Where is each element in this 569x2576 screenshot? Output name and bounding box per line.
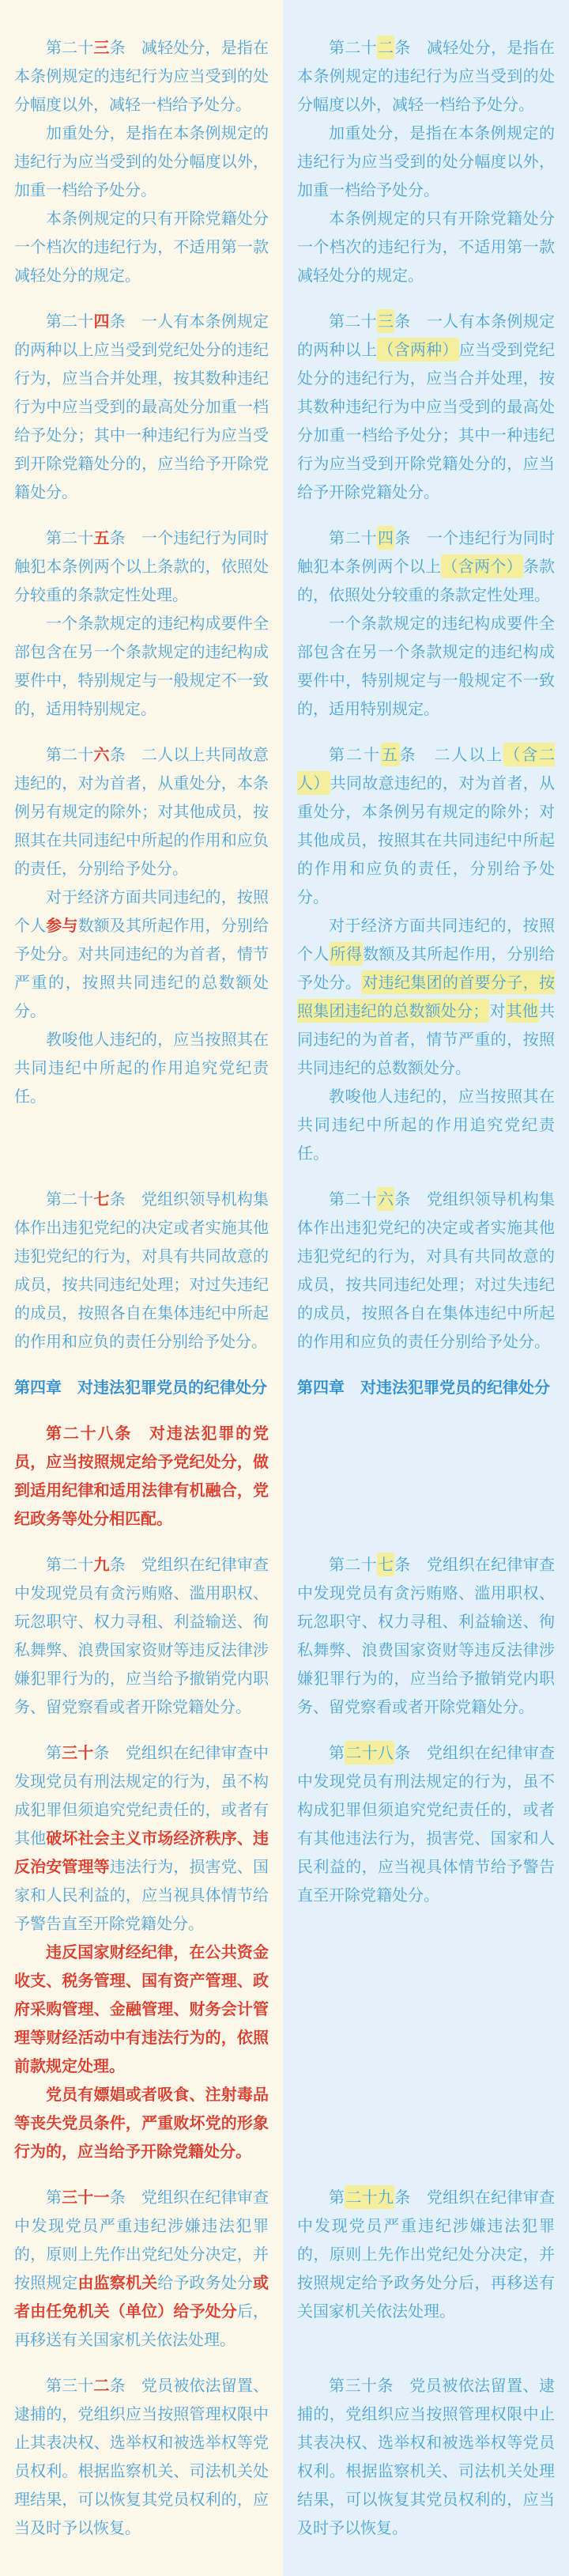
article-paragraph: 本条例规定的只有开除党籍处分一个档次的违纪行为，不适用第一款减轻处分的规定。 [297, 204, 555, 289]
text-run: 条 [110, 745, 126, 764]
text-run: 教唆他人违纪的，应当按照其在共同违纪中所起的作用追究党纪责任。 [14, 1030, 269, 1106]
text-run: 第三十 [46, 2376, 93, 2395]
text-run: 加重处分，是指在本条例规定的违纪行为应当受到的处分幅度以外，加重一档给予处分。 [14, 123, 269, 199]
article-paragraph: 第二十四条 一个违纪行为同时触犯本条例两个以上（含两个）条款的，依照处分较重的条… [297, 524, 555, 609]
text-run: 条 [394, 1555, 410, 1574]
text-run: 给予政务处分 [157, 2273, 253, 2292]
text-run: 第二十 [46, 312, 93, 331]
text-run: 二人以上 [417, 745, 504, 764]
changed-text-run: 三十 [62, 1743, 93, 1762]
old-version-cell: 第二十七条 党组织领导机构集体作出违犯党纪的决定或者实施其他违犯党纪的行为，对具… [0, 1185, 283, 1356]
text-run: 本条例规定的只有开除党籍处分一个档次的违纪行为，不适用第一款减轻处分的规定。 [14, 209, 269, 285]
new-version-cell: 第二十七条 党组织在纪律审查中发现党员有贪污贿赂、滥用职权、玩忽职守、权力寻租、… [283, 1550, 569, 1721]
article-paragraph: 第二十二条 减轻处分，是指在本条例规定的违纪行为应当受到的处分幅度以外，减轻一档… [297, 33, 555, 119]
article-paragraph: 一个条款规定的违纪构成要件全部包含在另一个条款规定的违纪构成要件中，特别规定与一… [14, 609, 269, 723]
article-paragraph: 第二十七条 党组织领导机构集体作出违犯党纪的决定或者实施其他违犯党纪的行为，对具… [14, 1185, 269, 1356]
new-version-cell: 第二十六条 党组织领导机构集体作出违犯党纪的决定或者实施其他违犯党纪的行为，对具… [283, 1185, 569, 1356]
chapter-heading: 第四章 对违法犯罪党员的纪律处分 [297, 1373, 555, 1401]
article-paragraph: 第二十三条 一人有本条例规定的两种以上（含两种）应当受到党纪处分的违纪行为，应当… [297, 307, 555, 506]
new-version-cell: 第二十五条 二人以上（含二人）共同故意违纪的，对为首者，从重处分，本条例另有规定… [283, 740, 569, 1167]
article-paragraph: 加重处分，是指在本条例规定的违纪行为应当受到的处分幅度以外，加重一档给予处分。 [14, 119, 269, 204]
text-run: 条 [110, 38, 126, 57]
highlighted-text-run: 二十九 [345, 2185, 394, 2209]
article-paragraph: 教唆他人违纪的，应当按照其在共同违纪中所起的作用追究党纪责任。 [297, 1082, 555, 1167]
article-paragraph: 教唆他人违纪的，应当按照其在共同违纪中所起的作用追究党纪责任。 [14, 1025, 269, 1110]
text-run: 党组织领导机构集体作出违犯党纪的决定或者实施其他违犯党纪的行为，对具有共同故意的… [297, 1190, 555, 1351]
text-run: 第四章 对违法犯罪党员的纪律处分 [297, 1378, 550, 1397]
article-paragraph: 一个条款规定的违纪构成要件全部包含在另一个条款规定的违纪构成要件中，特别规定与一… [297, 609, 555, 723]
old-version-cell: 第二十三条 减轻处分，是指在本条例规定的违纪行为应当受到的处分幅度以外，减轻一档… [0, 33, 283, 289]
article-paragraph: 第二十五条 二人以上（含二人）共同故意违纪的，对为首者，从重处分，本条例另有规定… [297, 740, 555, 911]
text-run: 第二十 [329, 38, 377, 57]
text-run: 教唆他人违纪的，应当按照其在共同违纪中所起的作用追究党纪责任。 [297, 1087, 555, 1163]
text-run: 条 [110, 1190, 126, 1209]
text-run: 条 [394, 1190, 410, 1209]
article-paragraph: 第三十条 党组织在纪律审查中发现党员有刑法规定的行为，虽不构成犯罪但须追究党纪责… [14, 1738, 269, 1938]
text-run: 第二十 [46, 1555, 93, 1574]
text-run: 条 [110, 1555, 126, 1574]
highlighted-text-run: 三 [377, 309, 394, 333]
text-run: 条 [394, 1743, 410, 1762]
article-paragraph: 第二十六条 二人以上共同故意违纪的，对为首者，从重处分，本条例另有规定的除外；对… [14, 740, 269, 883]
article-paragraph: 第二十五条 一个违纪行为同时触犯本条例两个以上条款的，依照处分较重的条款定性处理… [14, 524, 269, 609]
text-run: 条 [110, 2188, 126, 2207]
changed-text-run: 参与 [46, 916, 77, 935]
article-paragraph: 第二十九条 党组织在纪律审查中发现党员严重违纪涉嫌违法犯罪的，原则上先作出党纪处… [297, 2183, 555, 2325]
text-run: 第 [329, 1743, 345, 1762]
article-paragraph: 违反国家财经纪律，在公共资金收支、税务管理、国有资产管理、政府采购管理、金融管理… [14, 1938, 269, 2080]
article-paragraph: 第二十八条 对违法犯罪的党员，应当按照规定给予党纪处分，做到适用纪律和适用法律有… [14, 1419, 269, 1533]
text-run: 条 [93, 1743, 109, 1762]
article-paragraph: 加重处分，是指在本条例规定的违纪行为应当受到的处分幅度以外，加重一档给予处分。 [297, 119, 555, 204]
highlighted-text-run: 七 [377, 1553, 394, 1576]
highlighted-text-run: 二 [377, 36, 394, 59]
text-run: 本条例规定的只有开除党籍处分一个档次的违纪行为，不适用第一款减轻处分的规定。 [297, 209, 555, 285]
text-run: 条 [110, 528, 126, 547]
article-paragraph: 本条例规定的只有开除党籍处分一个档次的违纪行为，不适用第一款减轻处分的规定。 [14, 204, 269, 289]
text-run: 第二十 [329, 1555, 377, 1574]
article-paragraph: 第二十三条 减轻处分，是指在本条例规定的违纪行为应当受到的处分幅度以外，减轻一档… [14, 33, 269, 119]
text-run: 第二十 [46, 528, 93, 547]
text-run: 条 [394, 528, 410, 547]
text-run: 一个条款规定的违纪构成要件全部包含在另一个条款规定的违纪构成要件中，特别规定与一… [14, 614, 269, 718]
comparison-grid: 第二十三条 减轻处分，是指在本条例规定的违纪行为应当受到的处分幅度以外，减轻一档… [0, 0, 569, 2542]
changed-text-run: 六 [93, 745, 109, 764]
new-version-cell [283, 1419, 569, 1533]
article-paragraph: 第二十八条 党组织在纪律审查中发现党员有刑法规定的行为，虽不构成犯罪但须追究党纪… [297, 1738, 555, 1909]
highlighted-text-run: 所得 [330, 942, 364, 966]
old-version-cell: 第二十四条 一人有本条例规定的两种以上应当受到党纪处分的违纪行为，应当合并处理，… [0, 307, 283, 506]
changed-text-run: 第二十八条 对违法犯罪的党员，应当按照规定给予党纪处分，做到适用纪律和适用法律有… [14, 1424, 269, 1528]
changed-text-run: 由监察机关 [78, 2273, 158, 2292]
text-run: 党员被依法留置、逮捕的，党组织应当按照管理权限中止其表决权、选举权和被选举权等党… [14, 2376, 269, 2537]
text-run: 第二十 [46, 745, 93, 764]
new-version-cell: 第二十三条 一人有本条例规定的两种以上（含两种）应当受到党纪处分的违纪行为，应当… [283, 307, 569, 506]
article-paragraph: 第二十七条 党组织在纪律审查中发现党员有贪污贿赂、滥用职权、玩忽职守、权力寻租、… [297, 1550, 555, 1721]
text-run: 条 [400, 745, 417, 764]
new-version-cell: 第二十二条 减轻处分，是指在本条例规定的违纪行为应当受到的处分幅度以外，减轻一档… [283, 33, 569, 289]
article-paragraph: 第三十二条 党员被依法留置、逮捕的，党组织应当按照管理权限中止其表决权、选举权和… [14, 2371, 269, 2542]
changed-text-run: 党员有嫖娼或者吸食、注射毒品等丧失党员条件，严重败坏党的形象行为的，应当给予开除… [14, 2085, 269, 2161]
changed-text-run: 二 [93, 2376, 109, 2395]
old-version-cell: 第二十九条 党组织在纪律审查中发现党员有贪污贿赂、滥用职权、玩忽职守、权力寻租、… [0, 1550, 283, 1721]
new-version-cell: 第四章 对违法犯罪党员的纪律处分 [283, 1373, 569, 1401]
text-run: 第二十 [46, 38, 93, 57]
changed-text-run: 三 [93, 38, 109, 57]
article-paragraph: 第二十六条 党组织领导机构集体作出违犯党纪的决定或者实施其他违犯党纪的行为，对具… [297, 1185, 555, 1356]
text-run: 第二十 [329, 312, 377, 331]
chapter-heading: 第四章 对违法犯罪党员的纪律处分 [14, 1373, 269, 1401]
changed-text-run: 四 [93, 312, 109, 331]
changed-text-run: 七 [93, 1190, 109, 1209]
highlighted-text-run: 其他 [506, 999, 539, 1023]
comparison-document: 第二十三条 减轻处分，是指在本条例规定的违纪行为应当受到的处分幅度以外，减轻一档… [0, 0, 569, 2576]
article-paragraph: 对于经济方面共同违纪的，按照个人参与数额及其所起作用，分别给予处分。对共同违纪的… [14, 883, 269, 1025]
changed-text-run: 三十一 [62, 2188, 109, 2207]
old-version-cell: 第二十八条 对违法犯罪的党员，应当按照规定给予党纪处分，做到适用纪律和适用法律有… [0, 1419, 283, 1533]
text-run: 党组织在纪律审查中发现党员严重违纪涉嫌违法犯罪的，原则上先作出党纪处分决定，并按… [297, 2188, 555, 2321]
article-paragraph: 对于经济方面共同违纪的，按照个人所得数额及其所起作用，分别给予处分。对违纪集团的… [297, 911, 555, 1082]
highlighted-text-run: （含两个） [441, 554, 522, 578]
new-version-cell: 第二十九条 党组织在纪律审查中发现党员严重违纪涉嫌违法犯罪的，原则上先作出党纪处… [283, 2183, 569, 2354]
highlighted-text-run: 四 [377, 526, 394, 550]
old-version-cell: 第二十五条 一个违纪行为同时触犯本条例两个以上条款的，依照处分较重的条款定性处理… [0, 524, 283, 723]
text-run: 第二十 [46, 1190, 93, 1209]
text-run: 条 [394, 312, 410, 331]
highlighted-text-run: 六 [377, 1187, 394, 1211]
changed-text-run: 五 [93, 528, 109, 547]
text-run: 一人有本条例规定的两种以上应当受到党纪处分的违纪行为，应当合并处理，按其数种违纪… [14, 312, 269, 501]
text-run: 条 [110, 2376, 126, 2395]
text-run: 一个条款规定的违纪构成要件全部包含在另一个条款规定的违纪构成要件中，特别规定与一… [297, 614, 555, 718]
old-version-cell: 第四章 对违法犯罪党员的纪律处分 [0, 1373, 283, 1401]
highlighted-text-run: （含两种） [377, 338, 458, 361]
article-paragraph: 第三十一条 党组织在纪律审查中发现党员严重违纪涉嫌违法犯罪的，原则上先作出党纪处… [14, 2183, 269, 2354]
new-version-cell: 第三十条 党员被依法留置、逮捕的，党组织应当按照管理权限中止其表决权、选举权和被… [283, 2371, 569, 2542]
article-paragraph: 党员有嫖娼或者吸食、注射毒品等丧失党员条件，严重败坏党的形象行为的，应当给予开除… [14, 2080, 269, 2166]
old-version-cell: 第二十六条 二人以上共同故意违纪的，对为首者，从重处分，本条例另有规定的除外；对… [0, 740, 283, 1167]
highlighted-text-run: 二十八 [345, 1741, 394, 1765]
old-version-cell: 第三十条 党组织在纪律审查中发现党员有刑法规定的行为，虽不构成犯罪但须追究党纪责… [0, 1738, 283, 2166]
changed-text-run: 违反国家财经纪律，在公共资金收支、税务管理、国有资产管理、政府采购管理、金融管理… [14, 1942, 269, 2075]
text-run: 第二十 [329, 528, 377, 547]
text-run: 第二十 [329, 745, 381, 764]
article-paragraph: 第二十四条 一人有本条例规定的两种以上应当受到党纪处分的违纪行为，应当合并处理，… [14, 307, 269, 506]
text-run: 条 [110, 312, 126, 331]
changed-text-run: 九 [93, 1555, 109, 1574]
new-version-cell: 第二十四条 一个违纪行为同时触犯本条例两个以上（含两个）条款的，依照处分较重的条… [283, 524, 569, 723]
text-run: 第 [46, 2188, 62, 2207]
text-run: 共同故意违纪的，对为首者，从重处分，本条例另有规定的除外；对其他成员，按照其在共… [297, 774, 555, 906]
text-run: 条 [394, 2188, 410, 2207]
old-version-cell: 第三十二条 党员被依法留置、逮捕的，党组织应当按照管理权限中止其表决权、选举权和… [0, 2371, 283, 2542]
text-run: 党组织在纪律审查中发现党员有刑法规定的行为，虽不构成犯罪但须追究党纪责任的，或者… [297, 1743, 555, 1905]
text-run: 对 [489, 1001, 505, 1020]
text-run: 党组织领导机构集体作出违犯党纪的决定或者实施其他违犯党纪的行为，对具有共同故意的… [14, 1190, 269, 1351]
text-run: 应当受到党纪处分的违纪行为，应当合并处理，按其数种违纪行为中应当受到的最高处分加… [297, 340, 555, 501]
new-version-cell: 第二十八条 党组织在纪律审查中发现党员有刑法规定的行为，虽不构成犯罪但须追究党纪… [283, 1738, 569, 2166]
text-run: 加重处分，是指在本条例规定的违纪行为应当受到的处分幅度以外，加重一档给予处分。 [297, 123, 555, 199]
text-run: 第 [329, 2188, 345, 2207]
text-run: 第四章 对违法犯罪党员的纪律处分 [14, 1378, 267, 1397]
article-paragraph: 第二十九条 党组织在纪律审查中发现党员有贪污贿赂、滥用职权、玩忽职守、权力寻租、… [14, 1550, 269, 1721]
text-run: 党组织在纪律审查中发现党员有贪污贿赂、滥用职权、玩忽职守、权力寻租、利益输送、徇… [297, 1555, 555, 1716]
text-run: 条 [394, 38, 410, 57]
text-run: 党组织在纪律审查中发现党员有贪污贿赂、滥用职权、玩忽职守、权力寻租、利益输送、徇… [14, 1555, 269, 1716]
text-run: 第 [46, 1743, 62, 1762]
article-paragraph: 第三十条 党员被依法留置、逮捕的，党组织应当按照管理权限中止其表决权、选举权和被… [297, 2371, 555, 2542]
old-version-cell: 第三十一条 党组织在纪律审查中发现党员严重违纪涉嫌违法犯罪的，原则上先作出党纪处… [0, 2183, 283, 2354]
text-run: 二人以上共同故意违纪的，对为首者，从重处分，本条例另有规定的除外；对其他成员，按… [14, 745, 269, 878]
text-run: 第三十条 党员被依法留置、逮捕的，党组织应当按照管理权限中止其表决权、选举权和被… [297, 2376, 555, 2537]
text-run: 第二十 [329, 1190, 377, 1209]
highlighted-text-run: 五 [381, 743, 400, 766]
